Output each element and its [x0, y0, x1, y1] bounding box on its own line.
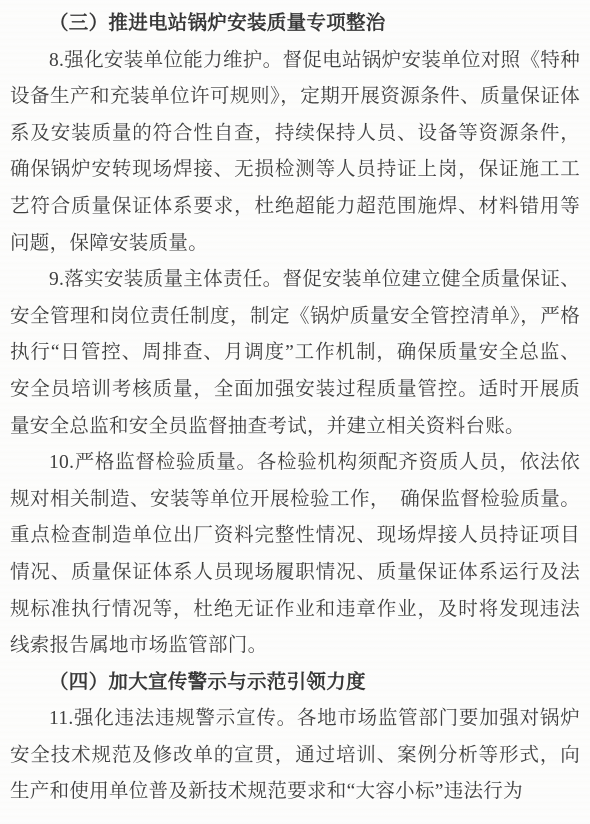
section-heading-4: （四）加大宣传警示与示范引领力度	[10, 665, 580, 702]
paragraph-item-8: 8.强化安装单位能力维护。督促电站锅炉安装单位对照《特种设备生产和充装单位许可规…	[10, 43, 580, 263]
paragraph-item-10: 10.严格监督检验质量。各检验机构须配齐资质人员，依法依规对相关制造、安装等单位…	[10, 445, 580, 665]
paragraph-item-11: 11.强化违法违规警示宣传。各地市场监管部门要加强对锅炉安全技术规范及修改单的宣…	[10, 701, 580, 811]
section-heading-3: （三）推进电站锅炉安装质量专项整治	[10, 6, 580, 43]
document-page: （三）推进电站锅炉安装质量专项整治 8.强化安装单位能力维护。督促电站锅炉安装单…	[0, 0, 590, 824]
paragraph-item-9: 9.落实安装质量主体责任。督促安装单位建立健全质量保证、安全管理和岗位责任制度，…	[10, 262, 580, 445]
